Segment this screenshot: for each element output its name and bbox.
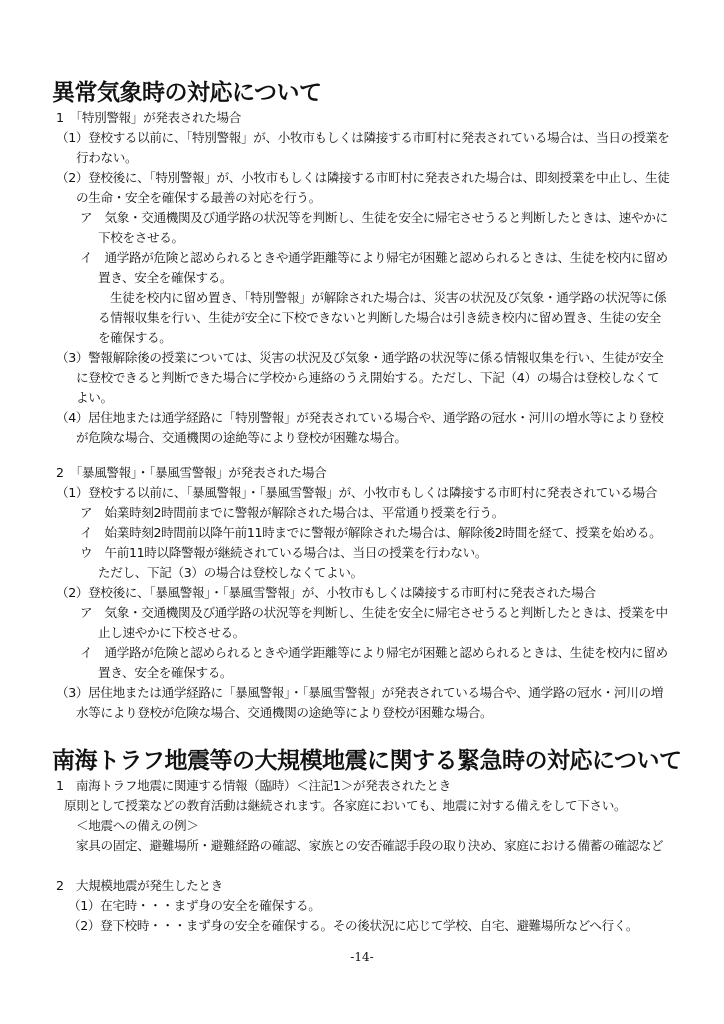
section-title-weather: 異常気象時の対応について xyxy=(52,74,322,107)
paragraph-line: の生命・安全を確保する最善の対応を行う。 xyxy=(76,190,321,205)
paragraph-line: ただし、下記（3）の場合は登校しなくてよい。 xyxy=(98,565,363,580)
page-number: -14- xyxy=(0,950,724,964)
paragraph-line: 下校をさせる。 xyxy=(98,230,184,245)
paragraph-line: （1）登校する以前に、「暴風警報」・「暴風雪警報」が、小牧市もしくは隣接する市町… xyxy=(56,485,657,500)
section-title-earthquake: 南海トラフ地震等の大規模地震に関する緊急時の対応について xyxy=(52,742,682,775)
paragraph-line: （2）登校後に、「特別警報」が、小牧市もしくは隣接する市町村に発表された場合は、… xyxy=(56,170,670,185)
paragraph-line: （2）登下校時・・・まず身の安全を確保する。その後状況に応じて学校、自宅、避難場… xyxy=(68,918,638,933)
paragraph-line: ウ 午前11時以降警報が継続されている場合は、当日の授業を行わない。 xyxy=(80,545,487,560)
heading-large-earthquake: 2 大規模地震が発生したとき xyxy=(56,878,223,893)
paragraph-line: （3）警報解除後の授業については、災害の状況及び気象・通学路の状況等に係る情報収… xyxy=(56,350,663,365)
paragraph-line: （2）登校後に、「暴風警報」・「暴風雪警報」が、小牧市もしくは隣接する市町村に発… xyxy=(56,585,596,600)
paragraph-line: 水等により登校が危険な場合、交通機関の途絶等により登校が困難な場合。 xyxy=(76,705,492,720)
paragraph-line: イ 通学路が危険と認められるときや通学距離等により帰宅が困難と認められるときは、… xyxy=(80,250,668,265)
paragraph-line: る情報収集を行い、生徒が安全に下校できないと判断した場合は引き続き校内に留め置き… xyxy=(98,310,661,325)
paragraph-line: （1）在宅時・・・まず身の安全を確保する。 xyxy=(68,898,321,913)
paragraph-line: （3）居住地または通学経路に「暴風警報」・「暴風雪警報」が発表されている場合や、… xyxy=(56,685,663,700)
paragraph-line: 止し速やかに下校させる。 xyxy=(98,625,245,640)
paragraph-line: 置き、安全を確保する。 xyxy=(98,665,232,680)
paragraph-line: に登校できると判断できた場合に学校から連絡のうえ開始する。ただし、下記（4）の場… xyxy=(76,370,659,385)
paragraph-line: イ 通学路が危険と認められるときや通学距離等により帰宅が困難と認められるときは、… xyxy=(80,645,668,660)
paragraph-line: よい。 xyxy=(76,390,113,405)
paragraph-line: 家具の固定、避難場所・避難経路の確認、家族との安否確認手段の取り決め、家庭におけ… xyxy=(76,838,663,853)
paragraph-line: イ 始業時刻2時間前以降午前11時までに警報が解除された場合は、解除後2時間を経… xyxy=(80,525,661,540)
paragraph-line: 置き、安全を確保する。 xyxy=(98,270,232,285)
paragraph-line: ア 気象・交通機関及び通学路の状況等を判断し、生徒を安全に帰宅させうると判断した… xyxy=(80,210,668,225)
paragraph-line: （1）登校する以前に、「特別警報」が、小牧市もしくは隣接する市町村に発表されてい… xyxy=(56,130,670,145)
paragraph-line: 行わない。 xyxy=(76,150,137,165)
paragraph-line: 原則として授業などの教育活動は継続されます。各家庭においても、地震に対する備えを… xyxy=(64,798,626,813)
document-page: 異常気象時の対応について 1 「特別警報」が発表された場合 （1）登校する以前に… xyxy=(0,0,724,1024)
paragraph-line: ア 気象・交通機関及び通学路の状況等を判断し、生徒を安全に帰宅させうると判断した… xyxy=(80,605,668,620)
heading-nankai-info: 1 南海トラフ地震に関連する情報（臨時）＜注記1＞が発表されたとき xyxy=(56,778,451,793)
paragraph-line: が危険な場合、交通機関の途絶等により登校が困難な場合。 xyxy=(76,430,407,445)
paragraph-line: ＜地震への備えの例＞ xyxy=(76,818,198,833)
paragraph-line: （4）居住地または通学経路に「特別警報」が発表されている場合や、通学路の冠水・河… xyxy=(56,410,663,425)
heading-storm-warning: 2 「暴風警報」・「暴風雪警報」が発表された場合 xyxy=(56,465,326,480)
paragraph-line: 生徒を校内に留め置き、「特別警報」が解除された場合は、災害の状況及び気象・通学路… xyxy=(110,290,666,305)
heading-special-warning: 1 「特別警報」が発表された場合 xyxy=(56,110,241,125)
paragraph-line: ア 始業時刻2時間前までに警報が解除された場合は、平常通り授業を行う。 xyxy=(80,505,504,520)
paragraph-line: を確保する。 xyxy=(98,330,171,345)
